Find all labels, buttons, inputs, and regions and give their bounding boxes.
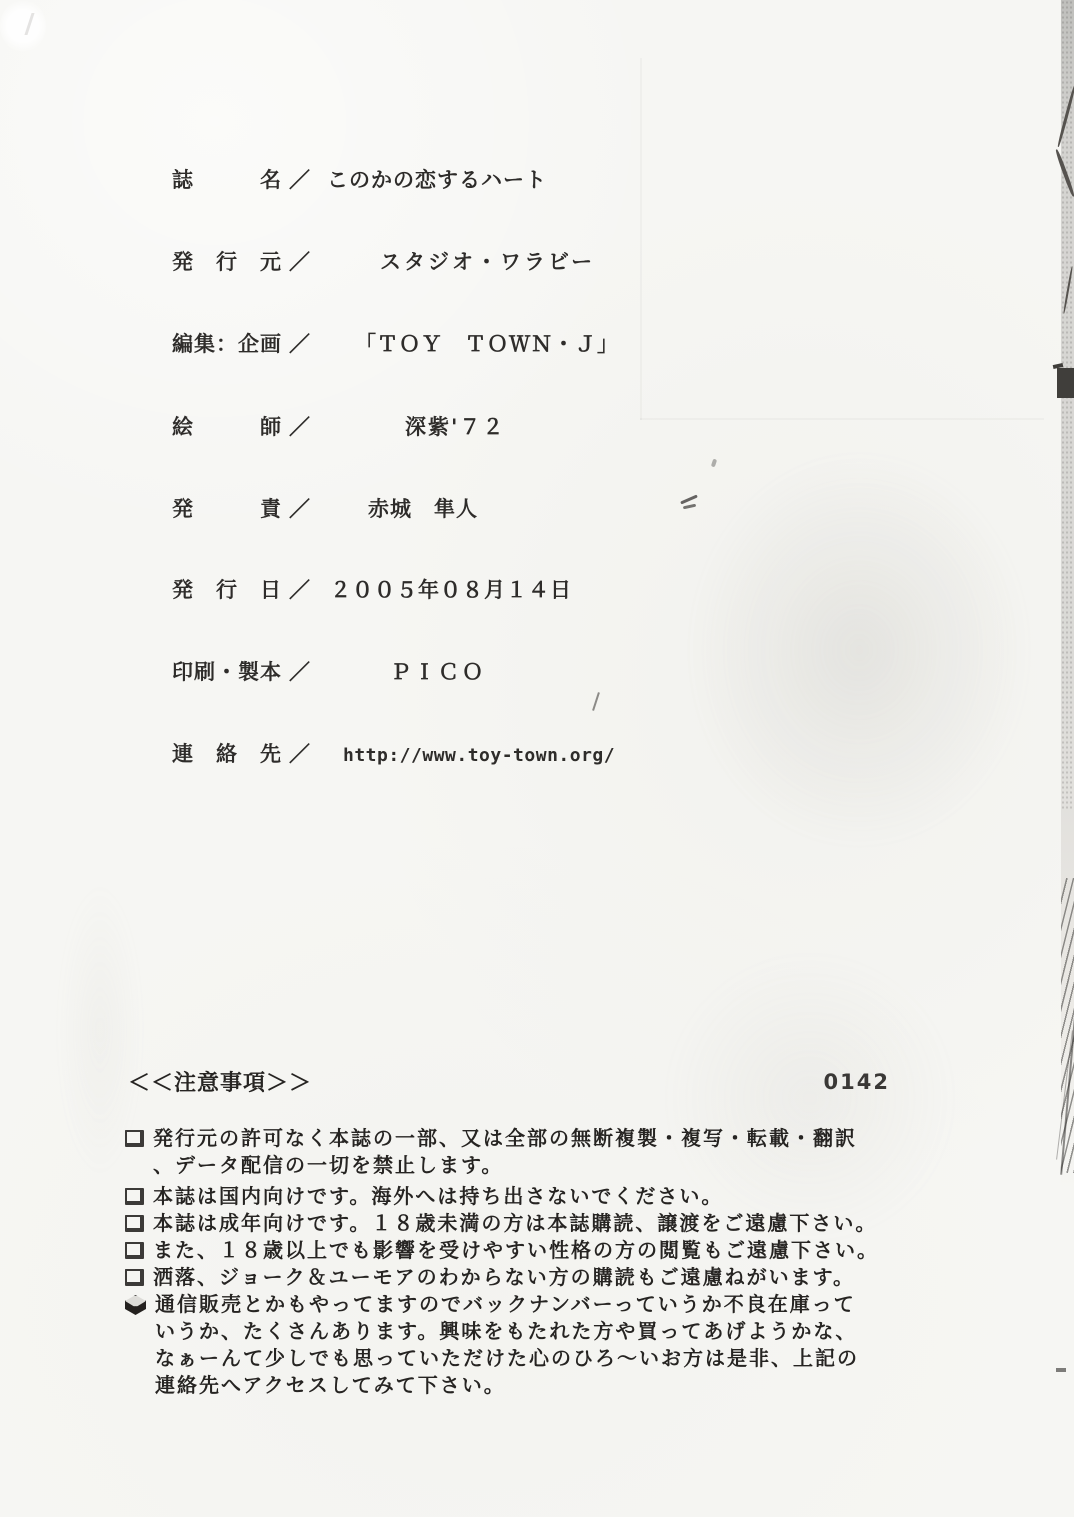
notice-line: 洒落、ジョーク＆ユーモアのわからない方の購読もご遠慮ねがいます。 [153,1264,855,1291]
open-box-icon [125,1130,144,1147]
notice-item-mail-order: 通信販売とかもやってますのでバックナンバーっていうか不良在庫って いうか、たくさ… [125,1291,890,1399]
edge-dark-band [1057,368,1074,398]
colophon-label: 絵 師 [172,415,278,439]
notice-line: なぁーんて少しでも思っていただけた心のひろ～いお方は是非、上記の [155,1345,859,1372]
adjacent-page-edge [1061,0,1074,1190]
notice-text: 発行元の許可なく本誌の一部、又は全部の無断複製・複写・転載・翻訳 、データ配信の… [153,1125,857,1179]
colophon-label: 連 絡 先 [172,742,278,766]
notice-item: 洒落、ジョーク＆ユーモアのわからない方の購読もご遠慮ねがいます。 [125,1264,890,1291]
colophon-value: このかの恋するハート [327,168,547,192]
colophon-value: 赤城 隼人 [368,497,478,521]
colophon-slash: ／ [278,415,322,439]
notice-text: また、１８歳以上でも影響を受けやすい性格の方の閲覧もご遠慮下さい。 [153,1237,879,1264]
colophon-slash: ／ [278,168,322,192]
showthrough-panel-line [640,58,642,420]
colophon-value: 「ＴＯＹ ＴＯＷＮ・Ｊ」 [355,332,619,356]
notices-section: ＜＜注意事項＞＞ 0142 発行元の許可なく本誌の一部、又は全部の無断複製・複写… [125,1066,890,1399]
notice-line: 発行元の許可なく本誌の一部、又は全部の無断複製・複写・転載・翻訳 [153,1125,857,1152]
colophon-slash: ／ [278,660,322,684]
edge-diagonal-lines [1061,878,1074,1173]
page-number: 0142 [824,1070,890,1094]
colophon-slash: ／ [278,578,322,602]
notices-header: ＜＜注意事項＞＞ 0142 [125,1066,890,1097]
colophon-row-responsible: 発 責 ／ 赤城 隼人 [172,497,478,521]
showthrough-page-marker [0,0,46,52]
colophon-row-artist: 絵 師 ／ 深紫'７２ [172,415,505,439]
notice-line: また、１８歳以上でも影響を受けやすい性格の方の閲覧もご遠慮下さい。 [153,1237,879,1264]
open-box-icon [125,1269,144,1286]
showthrough-panel-line [640,418,1044,420]
notice-text: 本誌は成年向けです。１８歳未満の方は本誌購読、譲渡をご遠慮下さい。 [153,1210,877,1237]
notice-line: 通信販売とかもやってますのでバックナンバーっていうか不良在庫って [155,1291,859,1318]
colophon-row-editing: 編集：企画 ／ 「ＴＯＹ ＴＯＷＮ・Ｊ」 [172,332,619,356]
colophon-slash: ／ [278,742,322,766]
showthrough-artwork-head [620,410,1074,1010]
notice-line: いうか、たくさんあります。興味をもたれた方や買ってあげようかな、 [155,1318,859,1345]
colophon-value: ＰＩＣＯ [390,660,486,684]
colophon-row-publisher: 発 行 元 ／ スタジオ・ワラビー [172,250,595,274]
notice-item: 本誌は国内向けです。海外へは持ち出さないでください。 [125,1183,890,1210]
open-box-icon [125,1215,144,1232]
notice-line: 、データ配信の一切を禁止します。 [153,1152,857,1179]
notice-line: 連絡先へアクセスしてみて下さい。 [155,1372,859,1399]
notice-item: 本誌は成年向けです。１８歳未満の方は本誌購読、譲渡をご遠慮下さい。 [125,1210,890,1237]
package-cube-icon [125,1295,146,1315]
notice-text: 洒落、ジョーク＆ユーモアのわからない方の購読もご遠慮ねがいます。 [153,1264,855,1291]
colophon-contact-url: http://www.toy-town.org/ [343,744,615,768]
colophon-value: スタジオ・ワラビー [380,250,595,274]
colophon-slash: ／ [278,497,322,521]
colophon-row-title: 誌 名 ／ このかの恋するハート [172,168,547,192]
ink-speck [1056,1368,1066,1372]
colophon-label: 発 行 日 [172,578,278,602]
notice-item: 発行元の許可なく本誌の一部、又は全部の無断複製・複写・転載・翻訳 、データ配信の… [125,1125,890,1179]
notice-text: 本誌は国内向けです。海外へは持ち出さないでください。 [153,1183,723,1210]
notice-line: 本誌は成年向けです。１８歳未満の方は本誌購読、譲渡をご遠慮下さい。 [153,1210,877,1237]
colophon-row-contact: 連 絡 先 ／ http://www.toy-town.org/ [172,742,615,768]
colophon-value: ２００５年０８月１４日 [330,578,572,602]
open-box-icon [125,1242,144,1259]
ink-speck [592,692,600,711]
colophon-value: 深紫'７２ [405,415,505,439]
ink-speck [683,504,696,510]
ink-speck [680,494,698,504]
colophon-label: 印刷・製本 [172,660,278,684]
colophon-label: 誌 名 [172,168,278,192]
colophon-slash: ／ [278,332,322,356]
colophon-label: 発 責 [172,497,278,521]
colophon-slash: ／ [278,250,322,274]
colophon-row-printing: 印刷・製本 ／ ＰＩＣＯ [172,660,486,684]
notices-heading: ＜＜注意事項＞＞ [128,1066,312,1097]
notice-item: また、１８歳以上でも影響を受けやすい性格の方の閲覧もご遠慮下さい。 [125,1237,890,1264]
notices-list: 発行元の許可なく本誌の一部、又は全部の無断複製・複写・転載・翻訳 、データ配信の… [125,1125,890,1399]
ink-speck [711,459,717,468]
notice-line: 本誌は国内向けです。海外へは持ち出さないでください。 [153,1183,723,1210]
colophon-label: 編集：企画 [172,332,278,356]
colophon-label: 発 行 元 [172,250,278,274]
notice-text: 通信販売とかもやってますのでバックナンバーっていうか不良在庫って いうか、たくさ… [155,1291,859,1399]
open-box-icon [125,1188,144,1205]
colophon-row-issue-date: 発 行 日 ／ ２００５年０８月１４日 [172,578,572,602]
scanned-colophon-page: 誌 名 ／ このかの恋するハート 発 行 元 ／ スタジオ・ワラビー 編集：企画… [0,0,1074,1517]
